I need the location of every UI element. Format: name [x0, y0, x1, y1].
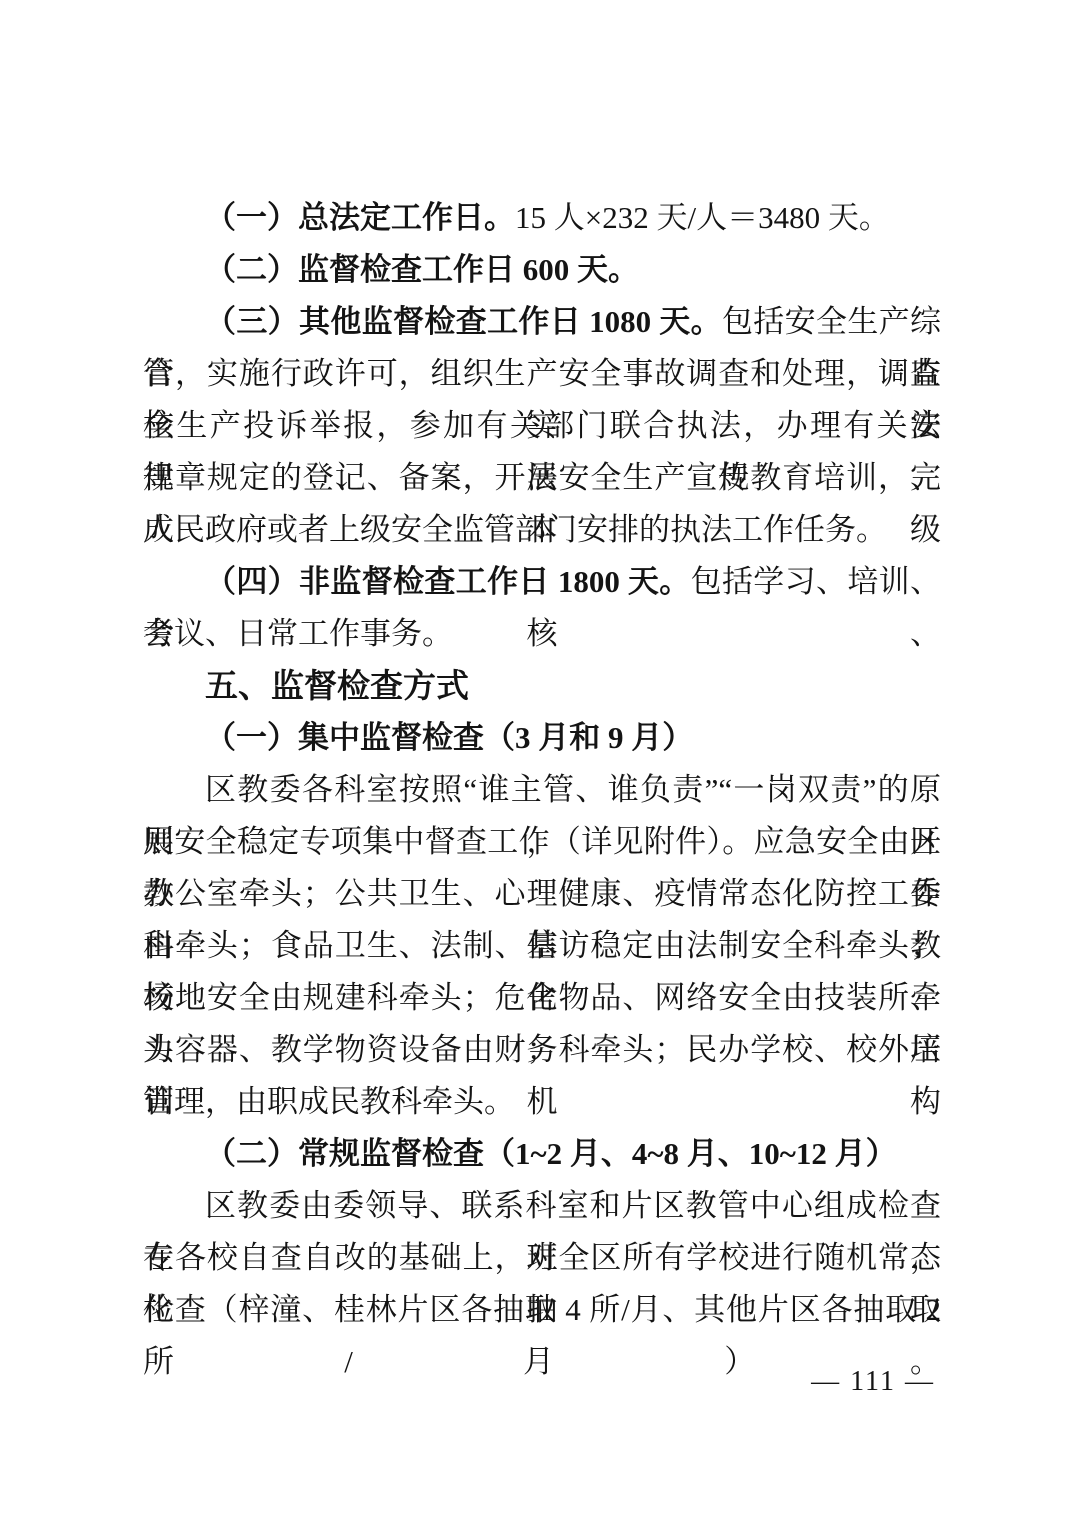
item-heading-line: （三）其他监督检查工作日 1080 天。包括安全生产综合监	[143, 296, 941, 348]
heading-run: 五、监督检查方式	[205, 667, 469, 704]
text-line: 区教委由委领导、联系科室和片区教管中心组成检查专班，	[143, 1180, 941, 1232]
section-heading: 五、监督检查方式	[143, 660, 941, 712]
document-body: （一）总法定工作日。15 人×232 天/人＝3480 天。（二）监督检查工作日…	[143, 192, 941, 1336]
text-line: 检查（梓潼、桂林片区各抽取 4 所/月、其他片区各抽取 2 所/月）。	[143, 1284, 941, 1336]
page-number: — 111 —	[811, 1358, 935, 1406]
item-heading-line: （二）常规监督检查（1~2 月、4~8 月、10~12 月）	[143, 1128, 941, 1180]
heading-run: （三）其他监督检查工作日 1080 天。	[205, 304, 722, 339]
item-heading-line: （四）非监督检查工作日 1800 天。包括学习、培训、考核、	[143, 556, 941, 608]
text-run: 15 人×232 天/人＝3480 天。	[515, 200, 890, 235]
text-line: 在各校自查自改的基础上，对全区所有学校进行随机常态化抽取	[143, 1232, 941, 1284]
heading-run: （二）监督检查工作日 600 天。	[205, 252, 639, 287]
heading-run: （四）非监督检查工作日 1800 天。	[205, 564, 691, 599]
text-line: 区教委各科室按照“谁主管、谁负责”“一岗双责”的原则，开	[143, 764, 941, 816]
text-run: 人民政府或者上级安全监管部门安排的执法工作任务。	[143, 512, 887, 547]
heading-run: （一）总法定工作日。	[205, 200, 515, 235]
heading-run: （二）常规监督检查（1~2 月、4~8 月、10~12 月）	[205, 1136, 897, 1171]
text-line: 展安全稳定专项集中督查工作（详见附件）。应急安全由区教委	[143, 816, 941, 868]
text-line: 管，实施行政许可，组织生产安全事故调查和处理，调查核实安	[143, 348, 941, 400]
text-run: 管理，由职成民教科牵头。	[143, 1084, 515, 1119]
item-heading-line: （一）总法定工作日。15 人×232 天/人＝3480 天。	[143, 192, 941, 244]
text-line: 科牵头；食品卫生、法制、信访稳定由法制安全科牵头；校舍、	[143, 920, 941, 972]
text-line: 办公室牵头；公共卫生、心理健康、疫情常态化防控工作由基教	[143, 868, 941, 920]
document-page: （一）总法定工作日。15 人×232 天/人＝3480 天。（二）监督检查工作日…	[0, 0, 1074, 1520]
item-heading-line: （一）集中监督检查（3 月和 9 月）	[143, 712, 941, 764]
text-line: 规章规定的登记、备案，开展安全生产宣传教育培训，完成本级	[143, 452, 941, 504]
text-line: 人民政府或者上级安全监管部门安排的执法工作任务。	[143, 504, 941, 556]
text-line: 场地安全由规建科牵头；危化物品、网络安全由技装所牵头；压	[143, 972, 941, 1024]
heading-run: （一）集中监督检查（3 月和 9 月）	[205, 720, 693, 755]
text-run: 会议、日常工作事务。	[143, 616, 453, 651]
item-heading-line: （二）监督检查工作日 600 天。	[143, 244, 941, 296]
text-line: 全生产投诉举报，参加有关部门联合执法，办理有关法律、法规、	[143, 400, 941, 452]
text-line: 力容器、教学物资设备由财务科牵头；民办学校、校外培训机构	[143, 1024, 941, 1076]
